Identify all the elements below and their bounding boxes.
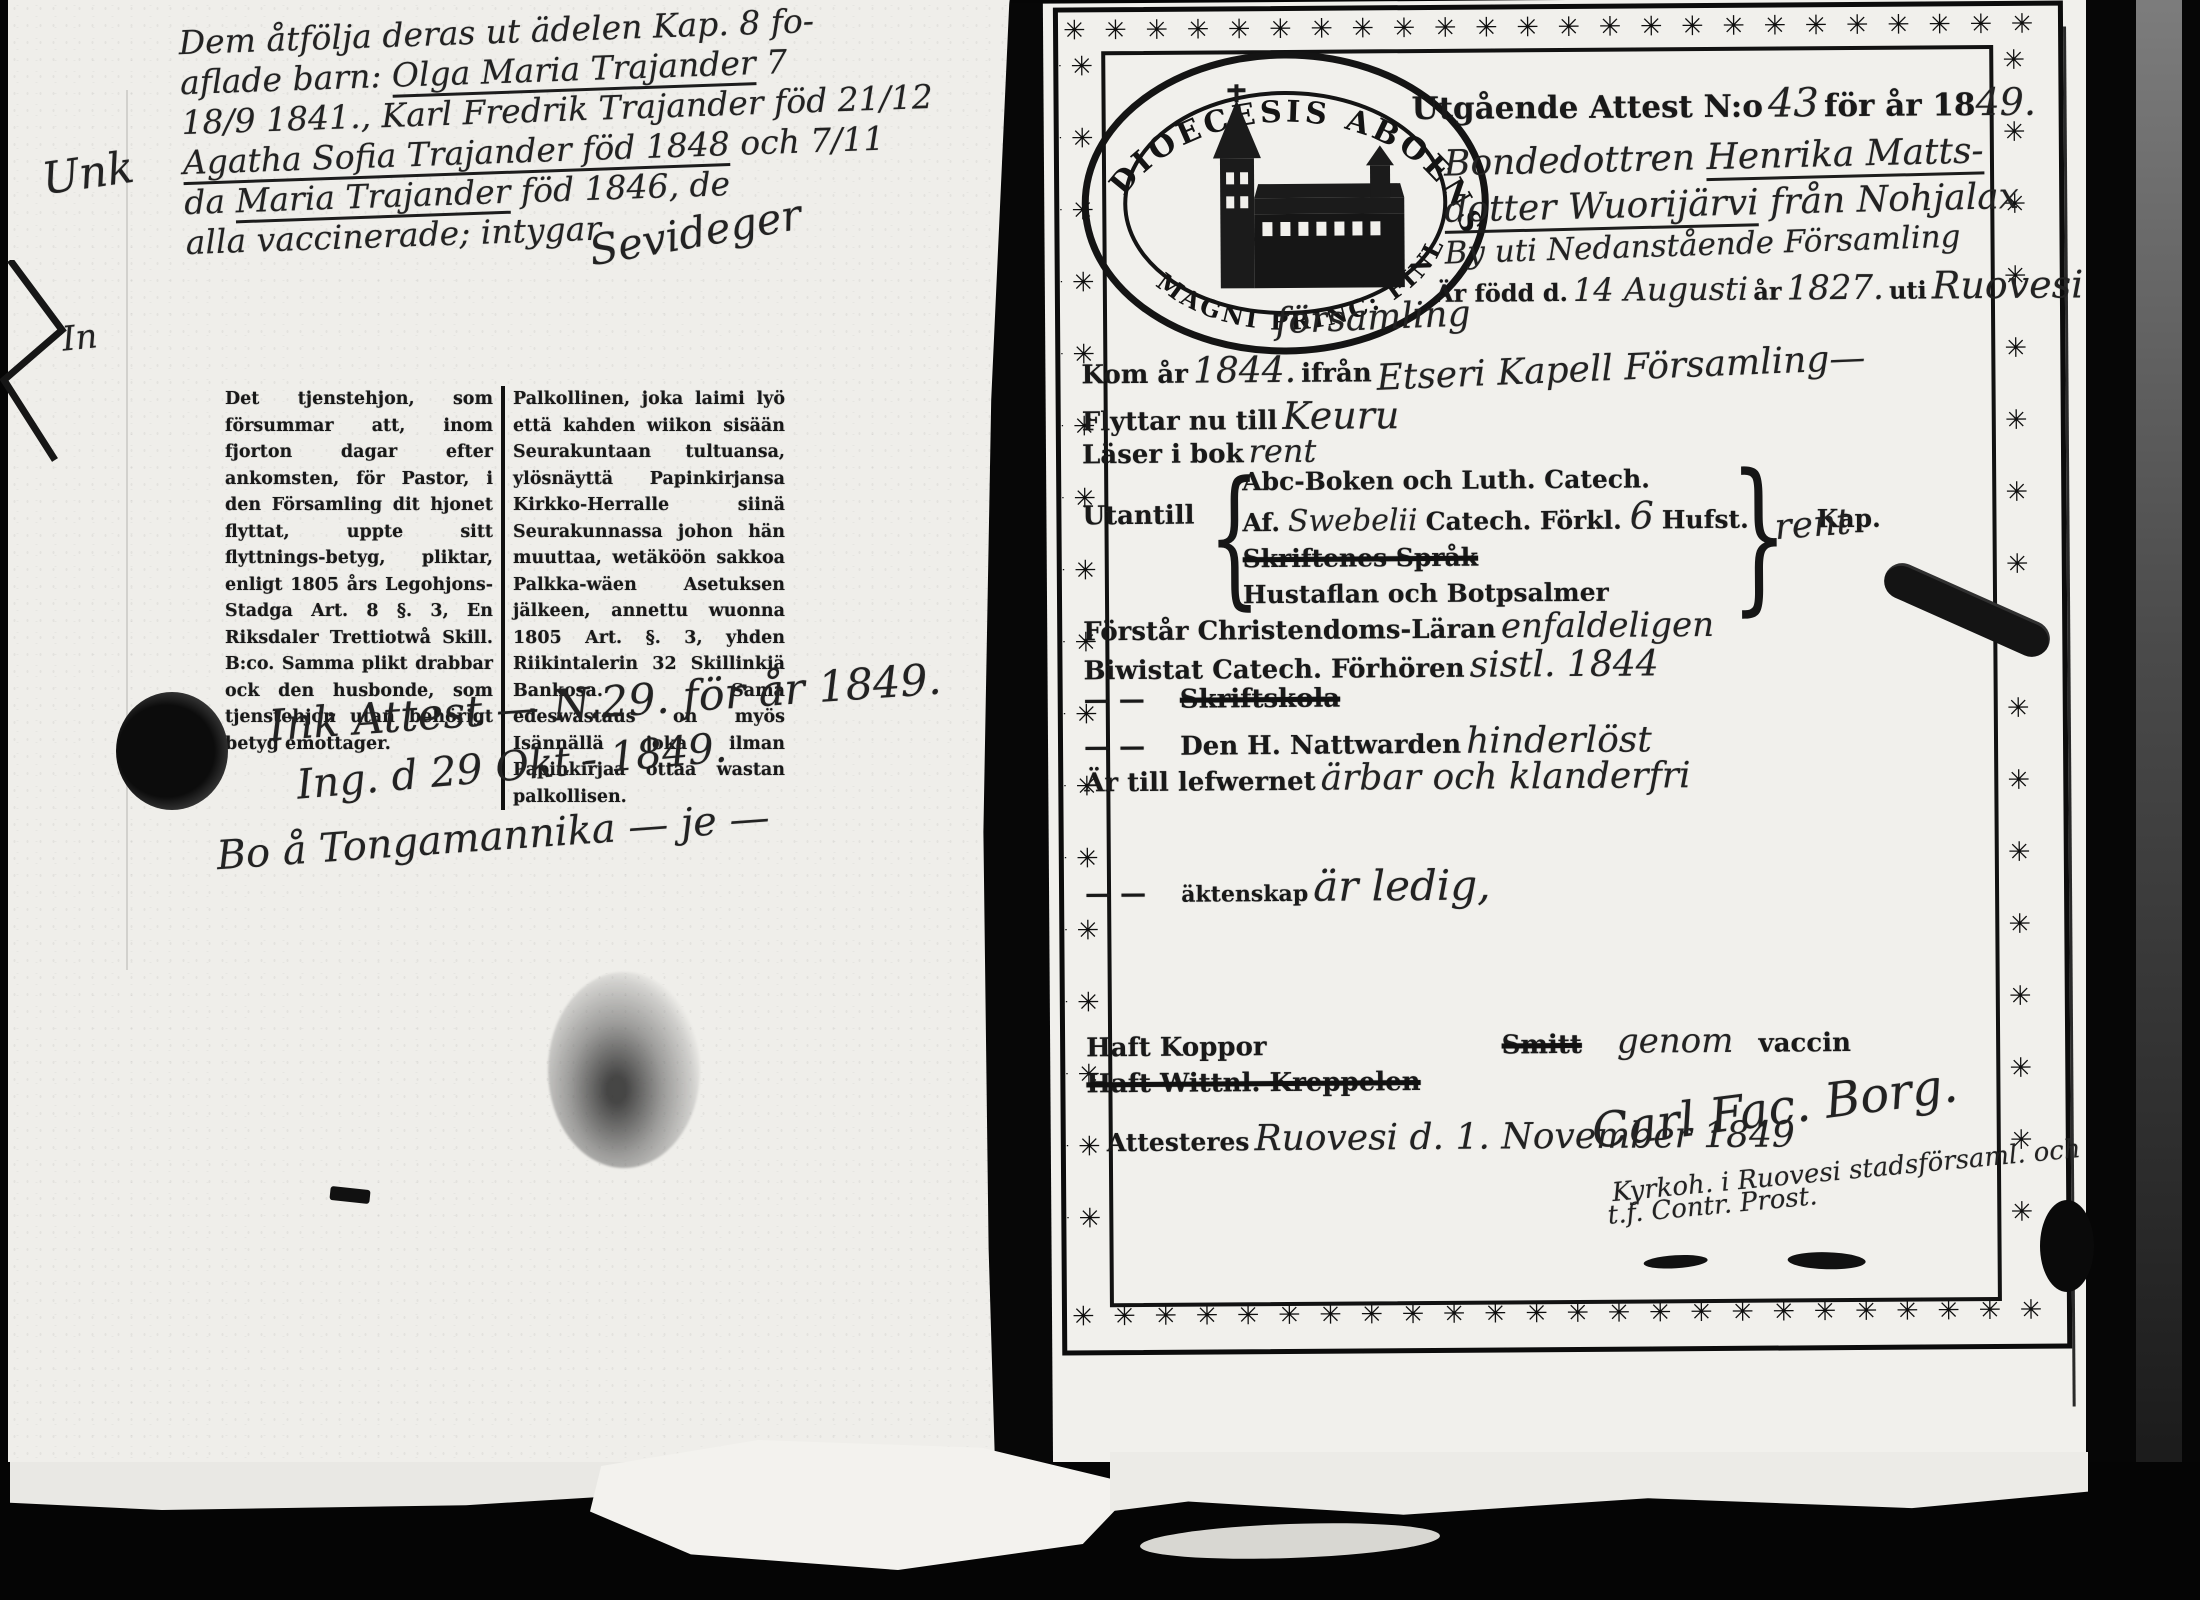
scanned-book-spread: Unk In Dem åtfölja deras ut ädelen Kap. … — [0, 0, 2200, 1600]
ditto-dashes: — — — [1085, 879, 1146, 909]
ditto-dashes: — — — [1084, 732, 1145, 762]
struck-label: Smitt — [1502, 1030, 1582, 1061]
printed-label: Kom år — [1081, 360, 1188, 391]
handwriting-text: da — [184, 181, 237, 222]
born-line: Är född d. 14 Augusti år 1827. uti Ruove… — [1435, 262, 2084, 311]
scanner-margin-gray-strip — [2136, 0, 2182, 1600]
printed-label: Af. — [1242, 508, 1280, 537]
right-page: ✳ ✳ ✳ ✳ ✳ ✳ ✳ ✳ ✳ ✳ ✳ ✳ ✳ ✳ ✳ ✳ ✳ ✳ ✳ ✳ … — [1043, 0, 2097, 1482]
handwriting-text: från Nohjalax — [1758, 176, 2019, 223]
printed-label: Är till lefwernet — [1084, 767, 1316, 799]
form-row-kom: Kom år 1844. ifrån Etseri Kapell Församl… — [1081, 346, 1866, 392]
attest-year-handwritten: 49. — [1975, 80, 2036, 124]
form-row-biwistat: Biwistat Catech. Förhören sistl. 1844 — [1083, 643, 1658, 688]
form-row-skriftskola: — — Skriftskola — [1084, 684, 1341, 716]
fingerprint-smudge — [548, 972, 700, 1168]
printed-label: Haft Koppor — [1086, 1032, 1267, 1063]
form-row-aktenskap: — — äktenskap är ledig, — [1085, 861, 1491, 913]
handwriting-text: och 7/11 — [729, 119, 885, 163]
printed-label: ifrån — [1301, 358, 1372, 388]
handwritten-entry: ärbar och klanderfri — [1321, 755, 1691, 799]
handwritten-entry: sistl. 1844 — [1469, 643, 1658, 685]
printed-label: Catech. Förkl. — [1426, 506, 1622, 536]
handwritten-entry: är ledig, — [1313, 861, 1491, 911]
attest-header-printed2: för år 18 — [1824, 87, 1976, 124]
ink-blot — [116, 692, 228, 810]
printed-label: Biwistat Catech. Förhören — [1083, 654, 1464, 687]
handwritten-entry: genom — [1617, 1021, 1734, 1062]
underlined-name: Henrika Matts- — [1706, 130, 1984, 181]
forsamling-handwritten: församling — [1274, 293, 1471, 342]
born-parish-handwritten: Ruovesi — [1932, 262, 2084, 307]
utantill-label: Utantill — [1082, 501, 1194, 532]
attest-header-printed: Utgående Attest N:o — [1411, 89, 1763, 127]
born-date-handwritten: 14 Augusti — [1573, 270, 1748, 309]
struck-label: Skriftskola — [1180, 684, 1340, 715]
margin-pen-scrawl — [0, 260, 80, 480]
printed-label: vaccin — [1758, 1028, 1851, 1059]
ditto-dashes: — — — [1084, 685, 1145, 715]
attest-number-handwritten: 43 — [1768, 80, 1819, 126]
handwritten-entry: enfaldeligen — [1501, 605, 1714, 646]
handwriting-text: aflade barn: — [179, 56, 392, 102]
handwritten-entry: 6 — [1630, 493, 1654, 537]
born-printed2: år — [1753, 277, 1781, 306]
left-page-crease — [126, 90, 128, 970]
handwriting-text: Bondedottren — [1444, 137, 1707, 184]
handwritten-entry: 1844. — [1193, 350, 1296, 392]
handwriting-text: 7 — [755, 42, 788, 82]
edge-dark-blob — [2040, 1200, 2094, 1292]
handwriting-text: föd 1846, de — [510, 164, 731, 211]
printed-label: äktenskap — [1181, 881, 1308, 908]
printed-label: Förstår Christendoms-Läran — [1083, 615, 1496, 648]
form-row-lefwernet: Är till lefwernet ärbar och klanderfri — [1084, 755, 1691, 800]
form-row-koppor: Haft Koppor Smitt genom vaccin — [1086, 1020, 1851, 1065]
attest-header: Utgående Attest N:o 43 för år 1849. — [1411, 79, 2036, 129]
born-year-handwritten: 1827. — [1786, 268, 1884, 309]
brace-result-handwritten: rent — [1773, 501, 1852, 548]
handwritten-entry: Swebelii — [1288, 503, 1418, 539]
form-row-kreppel-struck: Haft Wittnl. Kreppelen — [1086, 1067, 1420, 1099]
printed-label: Attesteres — [1107, 1127, 1250, 1157]
born-printed3: uti — [1889, 275, 1927, 304]
